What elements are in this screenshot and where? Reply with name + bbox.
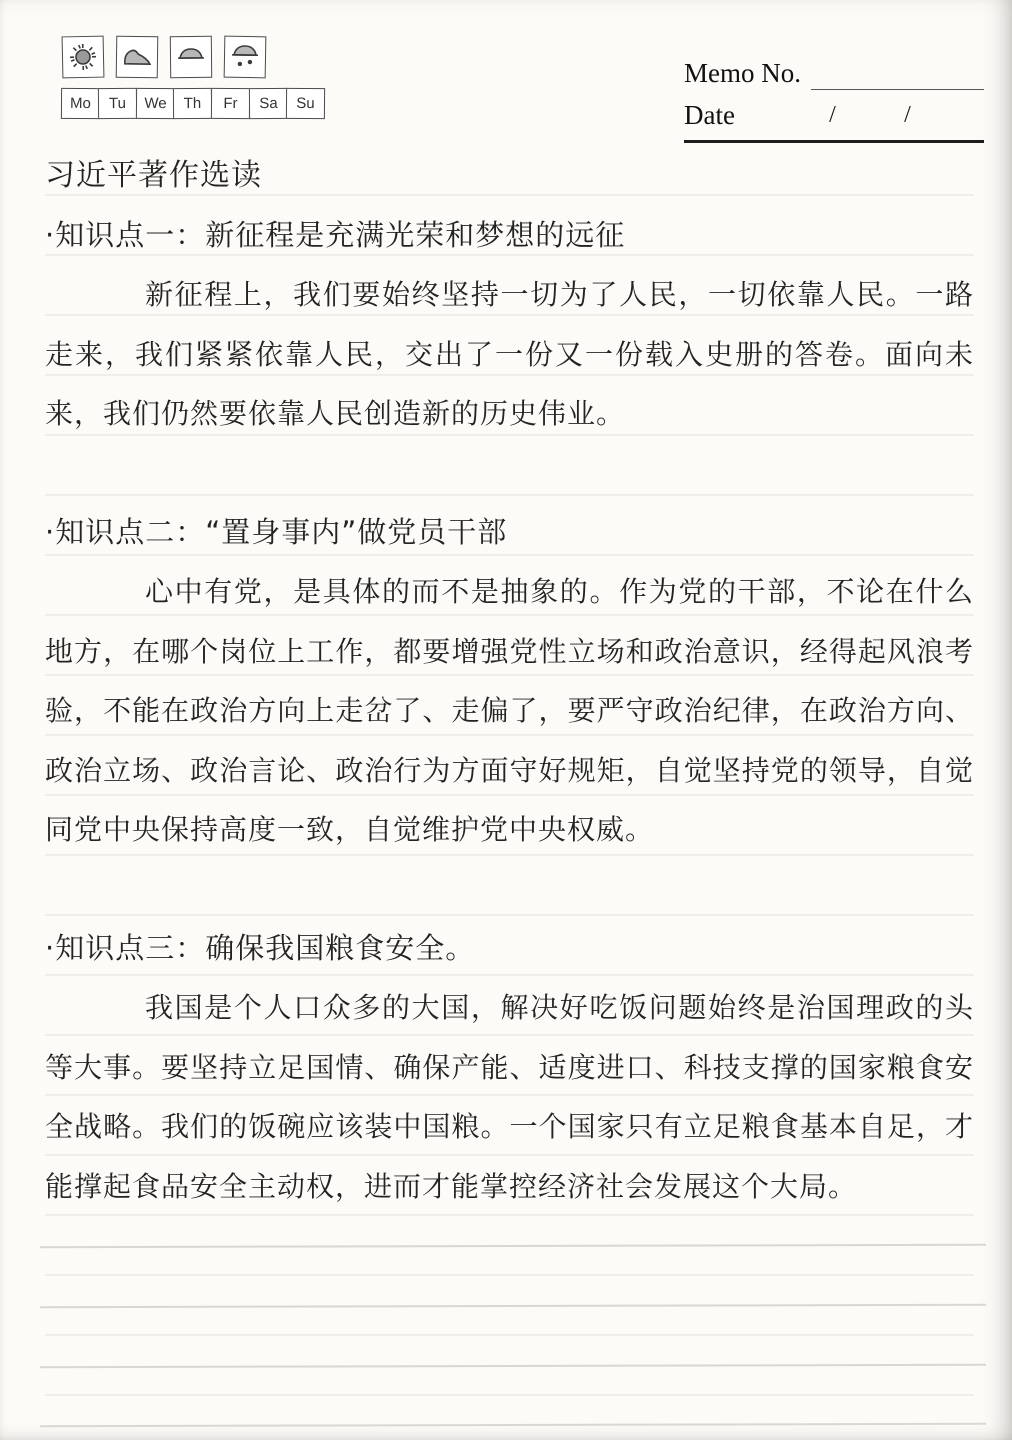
section-1-body: 新征程上，我们要始终坚持一切为了人民，一切依靠人民。一路走来，我们紧紧依靠人民，…	[45, 265, 974, 444]
section-2-heading: ·知识点二：“置身事内”做党员干部	[45, 503, 974, 563]
memo-no-label: Memo No.	[684, 56, 801, 90]
memo-no-blank-line	[811, 59, 984, 90]
weather-icon-row	[62, 36, 266, 78]
note-title: 习近平著作选读	[45, 146, 974, 206]
spacer	[45, 444, 974, 503]
weekday-label: We	[144, 95, 166, 112]
weather-cloud-checkbox	[170, 36, 212, 78]
memo-header-block: Memo No. Date / /	[684, 56, 984, 143]
section-1-heading: ·知识点一：新征程是充满光荣和梦想的远征	[45, 206, 974, 266]
weekday-box-mo: Mo	[60, 88, 99, 119]
weekday-label: Su	[297, 95, 316, 112]
memo-page: Mo Tu We Th Fr Sa Su Memo No. Date / / 习…	[0, 0, 1012, 1440]
weekday-label: Fr	[223, 95, 237, 112]
weather-cloud-low-checkbox	[116, 36, 159, 79]
date-slash-1: /	[795, 98, 870, 132]
spacer	[45, 860, 974, 919]
date-label: Date	[684, 98, 735, 132]
weather-sun-checkbox	[62, 36, 105, 79]
weekday-box-we: We	[136, 88, 175, 119]
weekday-label: Sa	[259, 95, 278, 112]
weekday-box-fr: Fr	[211, 88, 250, 119]
section-3-heading: ·知识点三：确保我国粮食安全。	[45, 919, 974, 979]
weekday-box-sa: Sa	[249, 88, 288, 119]
section-2-body: 心中有党，是具体的而不是抽象的。作为党的干部，不论在什么地方，在哪个岗位上工作，…	[45, 562, 974, 860]
cloud-icon	[175, 42, 207, 72]
weekday-box-th: Th	[173, 88, 212, 119]
cloud-snow-icon	[229, 42, 262, 73]
weekday-box-su: Su	[286, 88, 325, 119]
weekday-label: Tu	[109, 95, 126, 112]
weekday-box-tu: Tu	[98, 88, 137, 119]
sun-icon	[68, 42, 99, 73]
weather-cloud-snow-checkbox	[224, 36, 267, 79]
section-3-body: 我国是个人口众多的大国，解决好吃饭问题始终是治国理政的头等大事。要坚持立足国情、…	[45, 978, 974, 1216]
weekday-row: Mo Tu We Th Fr Sa Su	[62, 88, 325, 119]
cloud-low-icon	[121, 42, 153, 72]
date-slash-2: /	[870, 98, 945, 132]
weekday-label: Mo	[70, 95, 91, 112]
weekday-label: Th	[184, 95, 202, 112]
